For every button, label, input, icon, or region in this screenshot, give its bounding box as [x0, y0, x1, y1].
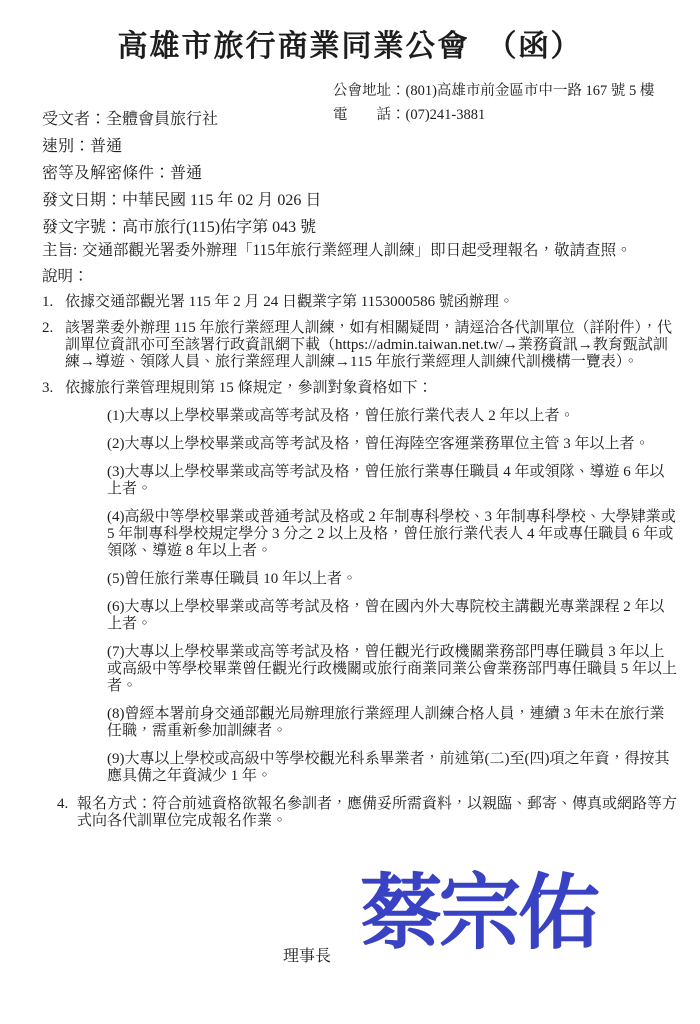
ref-number-label: 發文字號： — [42, 219, 122, 236]
list-item-1-text: 依據交通部觀光署 115 年 2 月 24 日觀業字第 1153000586 號… — [65, 294, 678, 311]
list-item-3: 3. 依據旅行業管理規則第 15 條規定，參訓對象資格如下： — [42, 380, 678, 397]
qualification-item-2-number: (2) — [107, 436, 125, 452]
qualification-item-9-text: 大專以上學校或高級中等學校觀光科系畢業者，前述第(二)至(四)項之年資，得按其應… — [107, 751, 669, 784]
speed-class-line: 速別：普通 — [42, 133, 700, 160]
qualification-item-7-number: (7) — [107, 644, 125, 660]
association-address-line: 公會地址：(801)高雄市前金區市中一路 167 號 5 樓 — [333, 79, 654, 103]
chairman-signature: 蔡宗佑 — [360, 864, 597, 964]
speed-class-value: 普通 — [90, 138, 122, 155]
ref-number-line: 發文字號：高市旅行(115)佑字第 043 號 — [42, 214, 700, 241]
address-value: (801)高雄市前金區市中一路 167 號 5 樓 — [406, 83, 655, 99]
chairman-title-label: 理事長 — [283, 948, 331, 966]
qualification-item-9: (9)大專以上學校或高級中等學校觀光科系畢業者，前述第(二)至(四)項之年資，得… — [107, 751, 678, 785]
qualification-item-3-number: (3) — [107, 464, 125, 480]
qualification-item-8: (8)曾經本署前身交通部觀光局辦理旅行業經理人訓練合格人員，連續 3 年未在旅行… — [107, 706, 678, 740]
qualification-item-2: (2)大專以上學校畢業或高等考試及格，曾任海陸空客運業務單位主管 3 年以上者。 — [107, 436, 678, 453]
qualification-item-1-text: 大專以上學校畢業或高等考試及格，曾任旅行業代表人 2 年以上者。 — [125, 408, 575, 424]
qualification-item-1-number: (1) — [107, 408, 125, 424]
qualification-item-7: (7)大專以上學校畢業或高等考試及格，曾任觀光行政機關業務部門專任職員 3 年以… — [107, 644, 678, 695]
qualification-item-4: (4)高級中等學校畢業或普通考試及格或 2 年制專科學校、3 年制專科學校、大學… — [107, 509, 678, 560]
list-item-3-number: 3. — [42, 380, 65, 397]
qualification-item-4-text: 高級中等學校畢業或普通考試及格或 2 年制專科學校、3 年制專科學校、大學肄業或… — [107, 509, 676, 559]
qualification-item-5: (5)曾任旅行業專任職員 10 年以上者。 — [107, 571, 678, 588]
qualification-item-6-text: 大專以上學校畢業或高等考試及格，曾在國內外大專院校主講觀光專業課程 2 年以上者… — [107, 599, 665, 632]
phone-label: 電 話： — [333, 107, 406, 123]
list-item-4-number: 4. — [57, 796, 77, 830]
recipient-value: 全體會員旅行社 — [106, 111, 218, 128]
issue-date-line: 發文日期：中華民國 115 年 02 月 026 日 — [42, 187, 700, 214]
page-title: 高雄市旅行商業同業公會 （函） — [0, 0, 700, 66]
list-item-2-number: 2. — [42, 320, 65, 371]
security-class-value: 普通 — [170, 165, 202, 182]
subject-line: 主旨: 交通部觀光署委外辦理「115年旅行業經理人訓練」即日起受理報名，敬請查照… — [42, 242, 678, 260]
association-contact-block: 公會地址：(801)高雄市前金區市中一路 167 號 5 樓 電 話：(07)2… — [333, 79, 654, 127]
phone-value: (07)241-3881 — [406, 107, 486, 123]
qualification-item-6: (6)大專以上學校畢業或高等考試及格，曾在國內外大專院校主講觀光專業課程 2 年… — [107, 599, 678, 633]
qualification-item-1: (1)大專以上學校畢業或高等考試及格，曾任旅行業代表人 2 年以上者。 — [107, 408, 678, 425]
qualification-item-2-text: 大專以上學校畢業或高等考試及格，曾任海陸空客運業務單位主管 3 年以上者。 — [125, 436, 650, 452]
speed-class-label: 速別： — [42, 138, 90, 155]
qualification-item-4-number: (4) — [107, 509, 125, 525]
official-letter-page: 高雄市旅行商業同業公會 （函） 公會地址：(801)高雄市前金區市中一路 167… — [0, 0, 700, 1024]
association-phone-line: 電 話：(07)241-3881 — [333, 103, 654, 127]
qualification-item-8-number: (8) — [107, 706, 125, 722]
subject-text: 交通部觀光署委外辦理「115年旅行業經理人訓練」即日起受理報名，敬請查照。 — [82, 242, 678, 260]
list-item-3-text: 依據旅行業管理規則第 15 條規定，參訓對象資格如下： — [65, 380, 678, 397]
qualification-item-5-text: 曾任旅行業專任職員 10 年以上者。 — [125, 571, 358, 587]
qualification-item-7-text: 大專以上學校畢業或高等考試及格，曾任觀光行政機關業務部門專任職員 3 年以上或高… — [107, 644, 677, 694]
qualification-item-8-text: 曾經本署前身交通部觀光局辦理旅行業經理人訓練合格人員，連續 3 年未在旅行業任職… — [107, 706, 665, 739]
explanation-heading: 說明： — [42, 268, 700, 285]
issue-date-label: 發文日期： — [42, 192, 122, 209]
list-item-4-text: 報名方式：符合前述資格欲報名參訓者，應備妥所需資料，以親臨、郵寄、傳真或網路等方… — [77, 796, 678, 830]
qualification-item-5-number: (5) — [107, 571, 125, 587]
address-label: 公會地址： — [333, 83, 406, 99]
qualification-item-3: (3)大專以上學校畢業或高等考試及格，曾任旅行業專任職員 4 年或領隊、導遊 6… — [107, 464, 678, 498]
security-class-label: 密等及解密條件： — [42, 165, 170, 182]
explanation-list: 1. 依據交通部觀光署 115 年 2 月 24 日觀業字第 115300058… — [42, 294, 678, 830]
qualification-item-9-number: (9) — [107, 751, 125, 767]
list-item-1: 1. 依據交通部觀光署 115 年 2 月 24 日觀業字第 115300058… — [42, 294, 678, 311]
qualification-item-6-number: (6) — [107, 599, 125, 615]
issue-date-value: 中華民國 115 年 02 月 026 日 — [122, 192, 321, 209]
security-class-line: 密等及解密條件：普通 — [42, 160, 700, 187]
ref-number-value: 高市旅行(115)佑字第 043 號 — [122, 219, 316, 236]
recipient-label: 受文者： — [42, 111, 106, 128]
list-item-4: 4. 報名方式：符合前述資格欲報名參訓者，應備妥所需資料，以親臨、郵寄、傳真或網… — [57, 796, 678, 830]
list-item-1-number: 1. — [42, 294, 65, 311]
list-item-2: 2. 該署業委外辦理 115 年旅行業經理人訓練，如有相關疑問，請逕洽各代訓單位… — [42, 320, 678, 371]
list-item-2-text: 該署業委外辦理 115 年旅行業經理人訓練，如有相關疑問，請逕洽各代訓單位（詳附… — [65, 320, 678, 371]
subject-label: 主旨: — [42, 242, 82, 260]
qualification-item-3-text: 大專以上學校畢業或高等考試及格，曾任旅行業專任職員 4 年或領隊、導遊 6 年以… — [107, 464, 665, 497]
